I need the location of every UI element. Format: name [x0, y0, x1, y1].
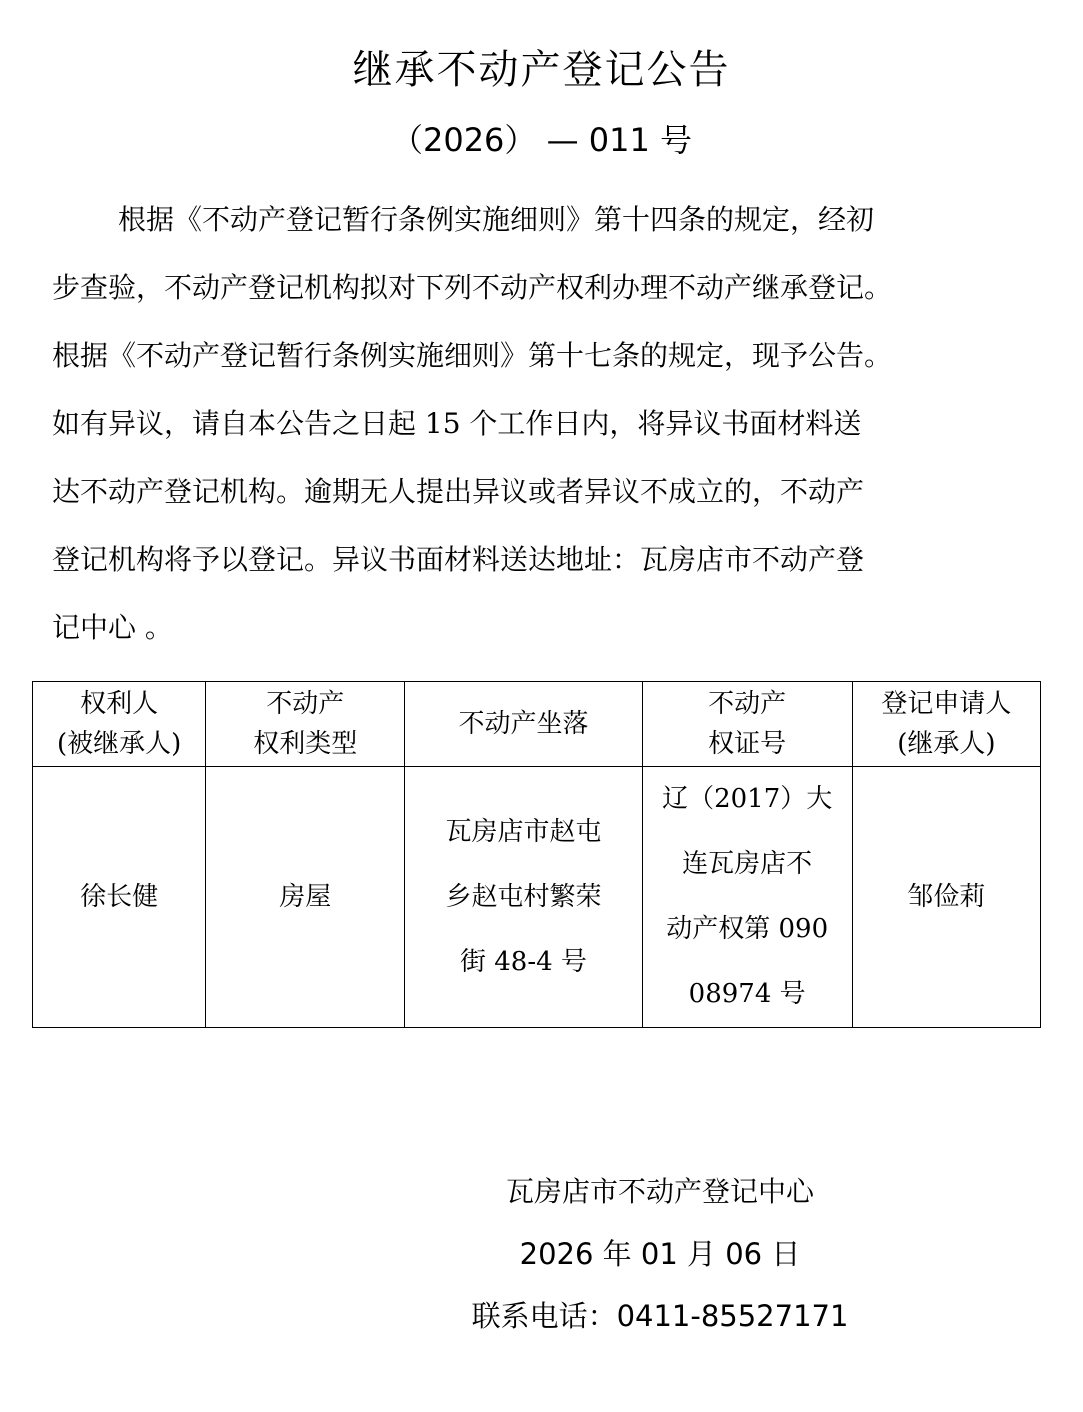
- registration-table: 权利人 (被继承人) 不动产 权利类型 不动产坐落 不动产 权证号 登记申请人 …: [32, 681, 1041, 1028]
- cell-location: 瓦房店市赵屯 乡赵屯村繁荣 街 48-4 号: [405, 767, 642, 1028]
- cell-applicant: 邹俭莉: [852, 767, 1040, 1028]
- cell-certificate-no: 辽（2017）大 连瓦房店不 动产权第 090 08974 号: [642, 767, 852, 1028]
- issuing-organization: 瓦房店市不动产登记中心: [440, 1170, 880, 1214]
- body-line: 步查验，不动产登记机构拟对下列不动产权利办理不动产继承登记。: [52, 254, 1032, 322]
- contact-phone: 联系电话：0411-85527171: [440, 1294, 880, 1338]
- header-right-holder: 权利人 (被继承人): [33, 682, 206, 767]
- body-line: 根据《不动产登记暂行条例实施细则》第十四条的规定，经初: [52, 186, 1032, 254]
- announcement-body: 根据《不动产登记暂行条例实施细则》第十四条的规定，经初 步查验，不动产登记机构拟…: [52, 186, 1032, 662]
- table-row: 徐长健 房屋 瓦房店市赵屯 乡赵屯村繁荣 街 48-4 号 辽（2017）大 连…: [33, 767, 1041, 1028]
- body-line: 根据《不动产登记暂行条例实施细则》第十七条的规定，现予公告。: [52, 322, 1032, 390]
- document-title: 继承不动产登记公告: [0, 44, 1083, 96]
- header-right-type: 不动产 权利类型: [206, 682, 405, 767]
- header-location: 不动产坐落: [405, 682, 642, 767]
- body-line: 达不动产登记机构。逾期无人提出异议或者异议不成立的，不动产: [52, 458, 1032, 526]
- document-number: （2026） — 011 号: [0, 116, 1083, 164]
- body-line: 记中心 。: [52, 594, 1032, 662]
- body-line: 如有异议，请自本公告之日起 15 个工作日内，将异议书面材料送: [52, 390, 1032, 458]
- header-applicant: 登记申请人 (继承人): [852, 682, 1040, 767]
- cell-right-holder: 徐长健: [33, 767, 206, 1028]
- issue-date: 2026 年 01 月 06 日: [440, 1232, 880, 1276]
- header-certificate-no: 不动产 权证号: [642, 682, 852, 767]
- table-header-row: 权利人 (被继承人) 不动产 权利类型 不动产坐落 不动产 权证号 登记申请人 …: [33, 682, 1041, 767]
- cell-right-type: 房屋: [206, 767, 405, 1028]
- body-line: 登记机构将予以登记。异议书面材料送达地址：瓦房店市不动产登: [52, 526, 1032, 594]
